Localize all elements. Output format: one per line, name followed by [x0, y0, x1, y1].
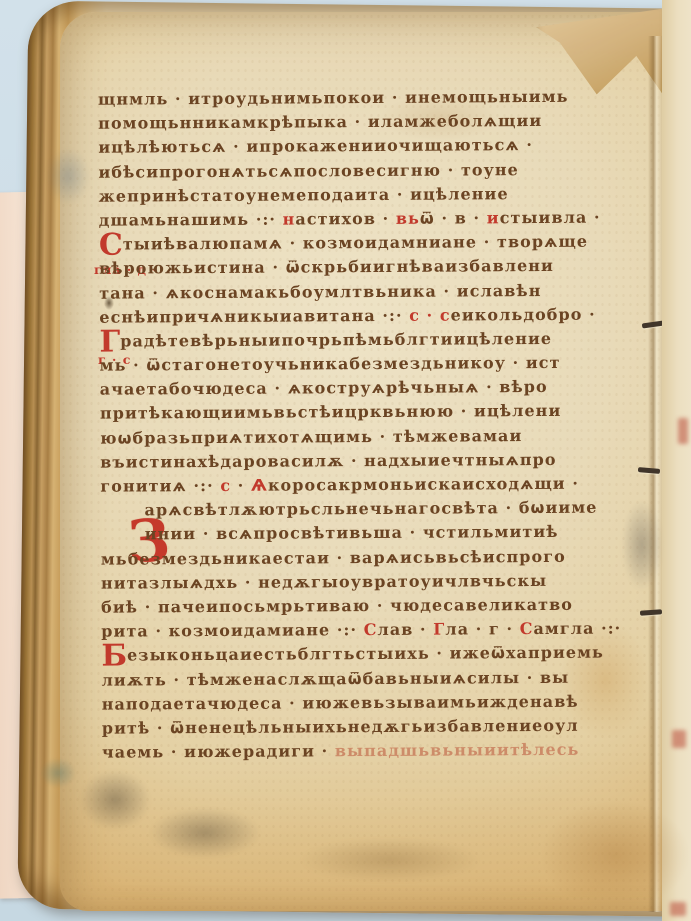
red-ink-showthrough: [670, 902, 686, 916]
manuscript-line: инии · всѧпросвѣтивьша · чстильмитиѣ: [101, 520, 653, 548]
body-text: ачаетабочюдеса · ѧкоструѧрѣчьныѧ · вѣро: [100, 377, 548, 399]
manuscript-text-block: щнмль · итроудьнимьпокои · инемощьныимьп…: [98, 84, 654, 765]
manuscript-line: жепринѣстатоунемеподаита · ицѣление: [99, 181, 651, 209]
body-text: тана · ѧкоснамакьбоумлтвьника · иславѣн: [99, 280, 541, 302]
body-text: нитазлыѧдхь · недѫгыоувратоуичлвчьскы: [101, 571, 547, 593]
manuscript-line: ачаетабочюдеса · ѧкоструѧрѣчьныѧ · вѣро: [100, 375, 652, 403]
body-text: дшамьнашимь ·:·: [99, 210, 283, 230]
manuscript-line: еснѣипричѧникыиавитана ·:· с · сеикольдо…: [99, 302, 651, 330]
red-ink-showthrough: [672, 730, 686, 748]
body-text: амгла ·:·: [533, 619, 621, 639]
body-text: стыивла ·: [500, 208, 601, 228]
body-text: ·: [231, 476, 251, 495]
body-text: ибѣсипрогонѧтьсѧпословесигню · тоуне: [98, 160, 519, 182]
body-text: арѧсвѣтлѫютрьсльнечьнагосвѣта · бѡииме: [144, 498, 597, 520]
body-text: ритѣ · ѿненецѣльныихьнедѫгьизбавлениеоул: [102, 716, 579, 738]
manuscript-line: Безыконьцаиестьблгтьстыихь · ижеѿхаприем…: [101, 641, 653, 669]
manuscript-line: ритѣ · ѿненецѣльныихьнедѫгьизбавлениеоул: [102, 713, 654, 741]
manuscript-line: гонитиѧ ·:· с · Ѧкоросакрмоньискаисходѧщ…: [100, 471, 652, 499]
body-text: биѣ · пачеипосьмрьтиваю · чюдесавеликатв…: [101, 595, 573, 617]
body-text: ла · г ·: [445, 619, 519, 638]
manuscript-line: нитазлыѧдхь · недѫгыоувратоуичлвчьскы: [101, 568, 653, 596]
body-text: юѡбразьприѧтихотѧщимь · тѣмжевамаи: [100, 426, 522, 448]
manuscript-line: дшамьнашимь ·:· настихов · вьѿ · в · ист…: [99, 205, 651, 233]
manuscript-photo: З гла · д · г · с щнмль · итроудьнимьпок…: [0, 0, 691, 921]
body-text: помощьнникамкрѣпыка · иламжеболѧщии: [98, 111, 542, 133]
body-text: инии · всѧпросвѣтивьша · чстильмитиѣ: [145, 522, 559, 544]
rubric-text: Г: [433, 620, 445, 639]
manuscript-line: вѣроюжьистина · ѿскрьбиигнѣваизбавлени: [99, 254, 651, 282]
manuscript-line: наподаетачюдеса · июжевьзываимьижденавѣ: [102, 689, 654, 717]
manuscript-line: тана · ѧкоснамакьбоумлтвьника · иславѣн: [99, 278, 651, 306]
body-text: лиѫть · тѣмженаслѫщаѿбавьныиѧсилы · вы: [101, 667, 569, 689]
rubric-text: С: [364, 620, 378, 639]
body-text: астихов ·: [295, 209, 396, 229]
manuscript-line: помощьнникамкрѣпыка · иламжеболѧщии: [98, 109, 650, 137]
body-text: езыконьцаиестьблгтьстыихь · ижеѿхаприемь: [127, 643, 604, 665]
body-text: жепринѣстатоунемеподаита · ицѣление: [99, 184, 509, 206]
manuscript-line: Стыиѣвалюпамѧ · козмоидамниане · творѧще: [99, 229, 651, 257]
body-text: радѣтевѣрьныипочрьпѣмьблгтиицѣление: [120, 329, 552, 351]
body-text: рита · козмоидамиане ·:·: [101, 620, 364, 641]
body-text: въистинахѣдаровасилѫ · надхыиечтныѧпро: [100, 450, 556, 472]
body-text: ѿ · в ·: [420, 208, 487, 227]
manuscript-line: арѧсвѣтлѫютрьсльнечьнагосвѣта · бѡииме: [100, 496, 652, 524]
manuscript-line: мь · ѿстагонетоучьникабезмездьникоу · ис…: [100, 350, 652, 378]
rubric-text: С: [520, 619, 534, 638]
manuscript-line: рита · козмоидамиане ·:· Слав · Гла · г …: [101, 616, 653, 644]
rubric-text: вь: [396, 209, 420, 228]
stamp-showthrough: [46, 148, 90, 204]
body-text: вѣроюжьистина · ѿскрьбиигнѣваизбавлени: [99, 256, 554, 278]
manuscript-line: щнмль · итроудьнимьпокои · инемощьныимь: [98, 84, 650, 112]
rubric-text: н: [283, 209, 296, 228]
rubric-text: Ѧ: [251, 476, 268, 495]
body-text: тыиѣвалюпамѧ · козмоидамниане · творѧще: [123, 232, 588, 254]
manuscript-line: ицѣлѣютьсѧ · ипрокаженииочищаютьсѧ ·: [98, 133, 650, 161]
adjacent-page-edge: [662, 0, 691, 921]
manuscript-line: юѡбразьприѧтихотѧщимь · тѣмжевамаи: [100, 423, 652, 451]
body-text: мьбезмездьникаестаи · варѧисьвьсѣиспрого: [101, 546, 566, 568]
body-text: наподаетачюдеса · июжевьзываимьижденавѣ: [102, 691, 579, 713]
manuscript-line: Градѣтевѣрьныипочрьпѣмьблгтиицѣление: [99, 326, 651, 354]
body-text: мь · ѿстагонетоучьникабезмездьникоу · ис…: [100, 353, 561, 375]
manuscript-line: ибѣсипрогонѧтьсѧпословесигню · тоуне: [98, 157, 650, 185]
rubric-text: и: [487, 208, 500, 227]
manuscript-line: лиѫть · тѣмженаслѫщаѿбавьныиѧсилы · вы: [101, 665, 653, 693]
body-text: выпадшьвьныиитѣлесь: [335, 740, 580, 760]
manuscript-line: притѣкающиимьвьстѣицрквьнюю · ицѣлени: [100, 399, 652, 427]
rubric-text: с: [220, 476, 231, 495]
manuscript-line: въистинахѣдаровасилѫ · надхыиечтныѧпро: [100, 447, 652, 475]
body-text: еикольдобро ·: [451, 304, 596, 324]
body-text: лав ·: [377, 620, 433, 639]
manuscript-line: мьбезмездьникаестаи · варѧисьвьсѣиспрого: [101, 544, 653, 572]
body-text: притѣкающиимьвьстѣицрквьнюю · ицѣлени: [100, 401, 562, 423]
red-ink-showthrough: [678, 418, 688, 444]
body-text: коросакрмоньискаисходѧщи ·: [268, 474, 579, 495]
manuscript-line: биѣ · пачеипосьмрьтиваю · чюдесавеликатв…: [101, 592, 653, 620]
body-text: ицѣлѣютьсѧ · ипрокаженииочищаютьсѧ ·: [98, 135, 533, 157]
body-text: еснѣипричѧникыиавитана ·:·: [99, 305, 409, 326]
manuscript-line: чаемь · июжерадиги · выпадшьвьныиитѣлесь: [102, 737, 654, 765]
body-text: гонитиѧ ·:·: [100, 476, 220, 496]
body-text: чаемь · июжерадиги ·: [102, 741, 335, 761]
body-text: щнмль · итроудьнимьпокои · инемощьныимь: [98, 87, 569, 109]
rubric-text: с · с: [409, 305, 451, 324]
